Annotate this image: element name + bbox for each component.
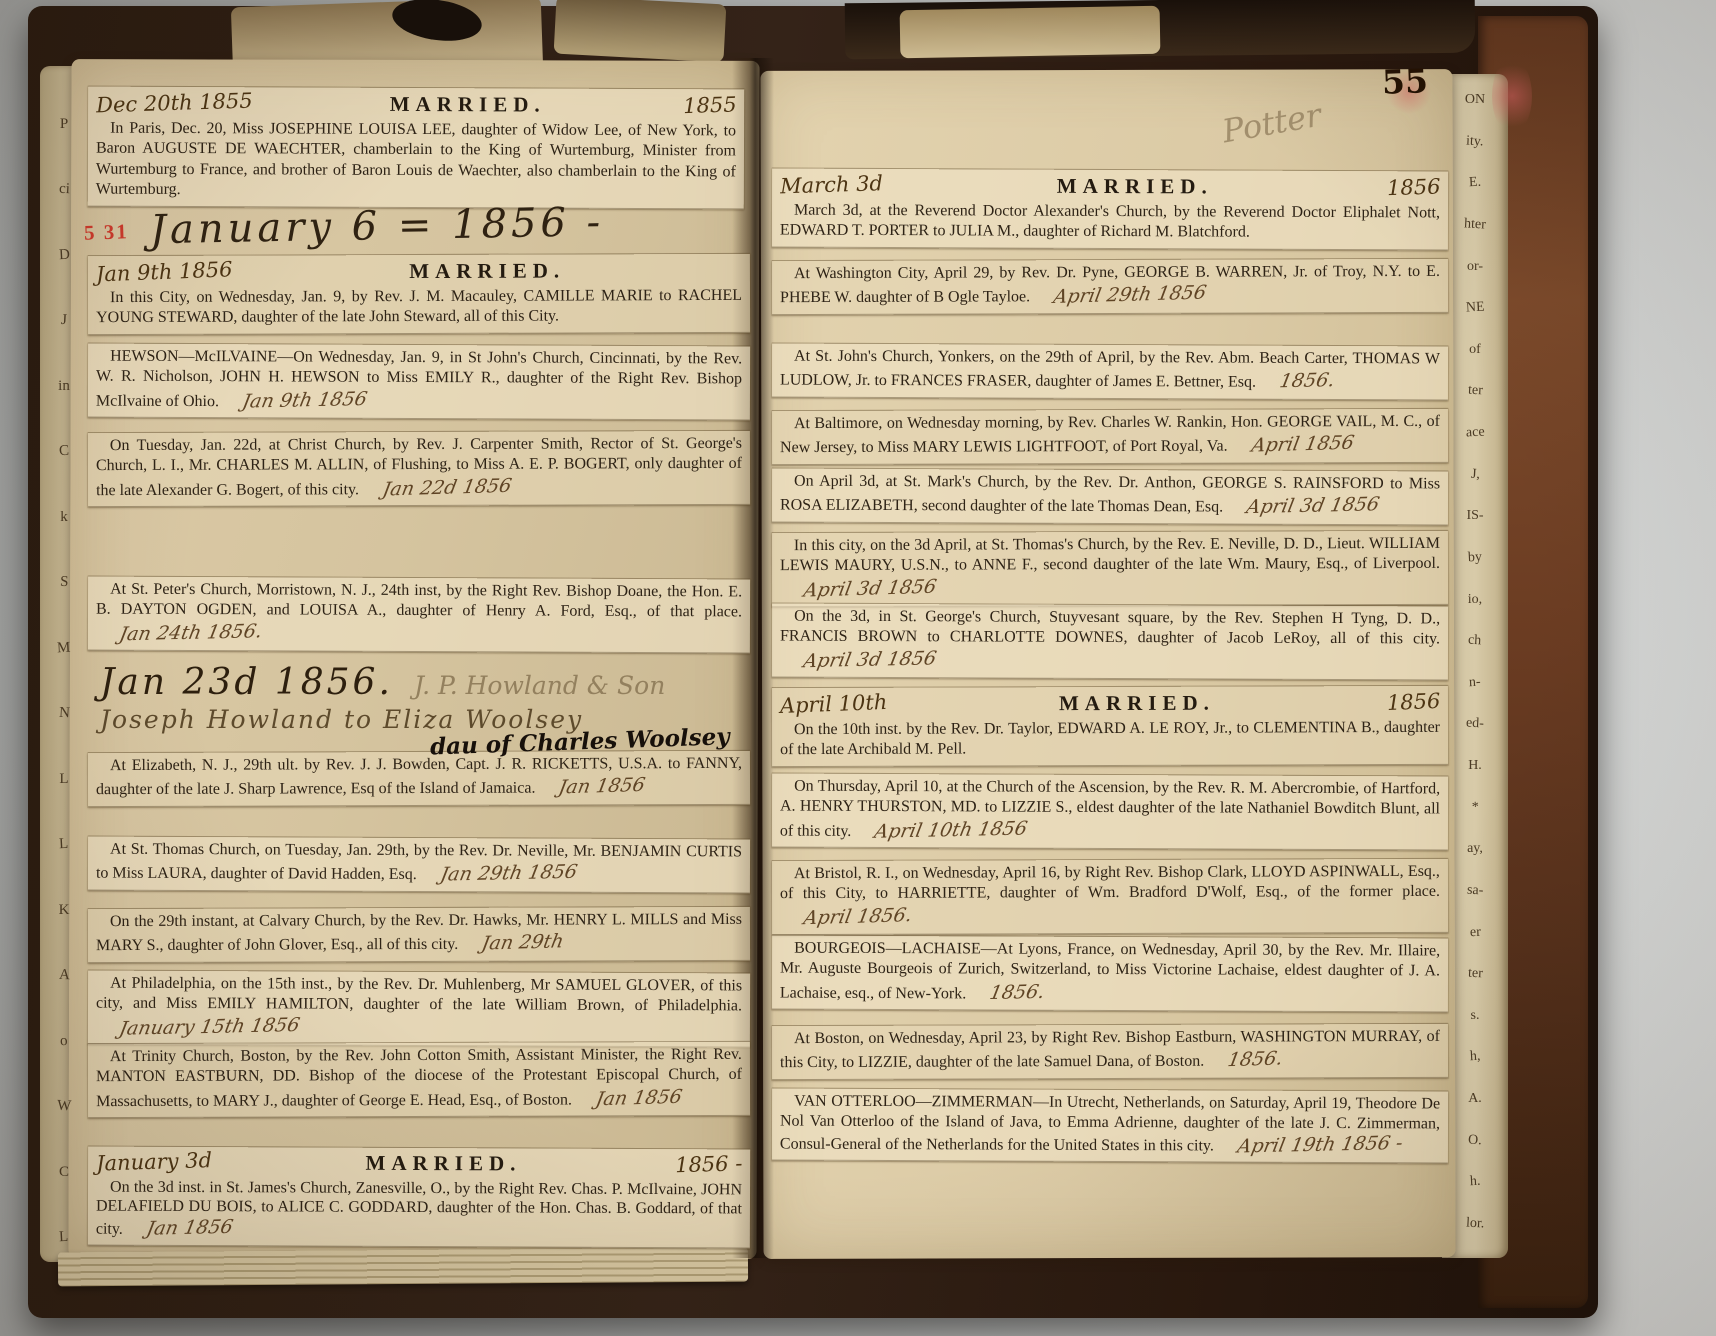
clipping-text: At Boston, on Wednesday, April 23, by Ri…: [780, 1027, 1440, 1074]
married-headline: MARRIED.: [232, 257, 741, 286]
handwritten-date-inline: Jan 1856: [580, 1085, 685, 1112]
handwritten-date-inline: April 10th 1856: [859, 816, 1030, 844]
edge-text-fragment: M: [57, 639, 71, 657]
handwritten-date: Dec 20th 1855: [96, 88, 253, 120]
newspaper-clipping: BOURGEOIS—LACHAISE—At Lyons, France, on …: [772, 936, 1448, 1013]
married-headline: MARRIED.: [253, 90, 683, 119]
handwritten-date-inline: April 29th 1856: [1037, 281, 1208, 310]
clipping-text: In Paris, Dec. 20, Miss JOSEPHINE LOUISA…: [96, 118, 736, 203]
handwritten-date-inline: April 19th 1856 -: [1221, 1132, 1405, 1159]
newspaper-clipping: January 3d MARRIED. 1856 - On the 3d ins…: [88, 1147, 750, 1249]
newspaper-clipping: At St. John's Church, Yonkers, on the 29…: [772, 344, 1448, 401]
married-headline: MARRIED.: [883, 172, 1387, 201]
handwritten-howland-entry: Jan 23d 1856. J. P. Howland & Son Joseph…: [100, 662, 748, 755]
edge-text-fragment: H.: [1468, 758, 1482, 774]
edge-text-fragment: W: [56, 1098, 71, 1116]
clipping-body-text: At St. Thomas Church, on Tuesday, Jan. 2…: [96, 841, 742, 884]
edge-text-fragment: IS-: [1466, 508, 1483, 524]
edge-text-fragment: J: [61, 312, 68, 329]
edge-text-fragment: k: [60, 509, 68, 526]
edge-text-fragment: ay,: [1467, 841, 1483, 857]
clipping-text: On the 3d inst. in St. James's Church, Z…: [96, 1177, 742, 1242]
clipping-header: Jan 9th 1856 MARRIED.: [96, 257, 742, 286]
newspaper-clipping: On the 29th instant, at Calvary Church, …: [88, 907, 750, 963]
clipping-header: Dec 20th 1855 MARRIED. 1855: [96, 90, 736, 120]
clipping-text: On the 29th instant, at Calvary Church, …: [96, 910, 742, 957]
handwritten-date-inline: 1856.: [974, 980, 1047, 1006]
edge-text-fragment: O.: [1468, 1132, 1482, 1149]
edge-text-fragment: L: [59, 1229, 69, 1246]
clipping-text: At Bristol, R. I., on Wednesday, April 1…: [780, 862, 1440, 930]
torn-paper-edge: [900, 6, 1161, 59]
clipping-text: At Philadelphia, on the 15th inst., by t…: [96, 974, 742, 1042]
edge-text-fragment: er: [1469, 924, 1481, 941]
newspaper-clipping: On Tuesday, Jan. 22d, at Christ Church, …: [88, 431, 750, 508]
handwritten-date-inline: Jan 1856: [130, 1216, 235, 1241]
clipping-body-text: On the 29th instant, at Calvary Church, …: [96, 911, 742, 955]
clipping-text: HEWSON—McILVAINE—On Wednesday, Jan. 9, i…: [96, 347, 742, 415]
edge-text-fragment: s.: [1471, 1008, 1480, 1024]
clipping-body-text: At St. John's Church, Yonkers, on the 29…: [780, 348, 1440, 391]
edge-text-fragment: by: [1468, 550, 1483, 567]
newspaper-clipping: HEWSON—McILVAINE—On Wednesday, Jan. 9, i…: [88, 344, 750, 421]
edge-text-fragment: ter: [1467, 966, 1483, 983]
handwritten-year: 1856: [1386, 174, 1440, 202]
handwritten-date: April 10th: [779, 689, 887, 720]
newspaper-clipping: March 3d MARRIED. 1856 March 3d, at the …: [772, 169, 1448, 251]
clipping-body-text: At Philadelphia, on the 15th inst., by t…: [96, 975, 742, 1015]
edge-text-fragment: ace: [1465, 425, 1484, 442]
newspaper-clipping: At Bristol, R. I., on Wednesday, April 1…: [772, 859, 1448, 936]
edge-text-fragment: A: [58, 967, 70, 985]
edge-text-fragment: P: [60, 116, 68, 133]
clipping-body-text: In Paris, Dec. 20, Miss JOSEPHINE LOUISA…: [96, 120, 736, 199]
red-index-mark: 5 31: [84, 219, 130, 246]
newspaper-clipping: On the 3d, in St. George's Church, Stuyv…: [772, 604, 1448, 681]
edge-text-fragment: ch: [1468, 633, 1482, 650]
married-headline: MARRIED.: [212, 1150, 675, 1178]
handwritten-date: January 3d: [96, 1148, 213, 1177]
clipping-body-text: In this City, on Wednesday, Jan. 9, by R…: [96, 287, 742, 327]
scrapbook-scan: P ci D J in C k S M N L L K A o W C L ON…: [0, 0, 1716, 1336]
handwritten-year: 1856 -: [675, 1151, 743, 1179]
handwritten-date: March 3d: [780, 170, 884, 200]
edge-text-fragment: sa-: [1466, 882, 1483, 899]
handwritten-date-inline: 1856.: [1212, 1047, 1285, 1073]
handwritten-date-inline: January 15th 1856: [103, 1013, 302, 1041]
handwritten-entry-date: Jan 23d 1856.: [100, 662, 393, 703]
edge-text-fragment: C: [59, 1164, 69, 1181]
clipping-body-text: BOURGEOIS—LACHAISE—At Lyons, France, on …: [780, 940, 1440, 1003]
edge-text-fragment: L: [59, 771, 68, 788]
newspaper-clipping: At Baltimore, on Wednesday morning, by R…: [772, 409, 1448, 465]
edge-text-fragment: lor.: [1465, 1215, 1484, 1232]
clipping-body-text: March 3d, at the Reverend Doctor Alexand…: [780, 201, 1440, 240]
handwritten-date-inline: Jan 24th 1856.: [103, 619, 264, 647]
newspaper-clipping: At Trinity Church, Boston, by the Rev. J…: [88, 1042, 750, 1119]
edge-text-fragment: A.: [1468, 1091, 1482, 1107]
edge-text-fragment: E.: [1469, 175, 1482, 192]
newspaper-clipping: On Thursday, April 10, at the Church of …: [772, 774, 1448, 851]
clipping-text: At Washington City, April 29, by Rev. Dr…: [780, 262, 1440, 309]
edge-text-fragment: ed-: [1466, 716, 1485, 733]
edge-text-fragment: ON: [1465, 92, 1485, 108]
edge-text-fragment: L: [59, 836, 69, 853]
red-ink-smudge: [1492, 58, 1532, 134]
clipping-text: On the 10th inst. by the Rev. Dr. Taylor…: [780, 718, 1440, 761]
edge-text-fragment: ci: [58, 181, 70, 199]
handwritten-year: 1855: [682, 91, 736, 119]
right-page-clippings: March 3d MARRIED. 1856 March 3d, at the …: [772, 95, 1448, 1255]
newspaper-clipping: At St. Thomas Church, on Tuesday, Jan. 2…: [88, 837, 750, 894]
clipping-text: BOURGEOIS—LACHAISE—At Lyons, France, on …: [780, 939, 1440, 1007]
edge-text-fragment: C: [59, 443, 70, 461]
clipping-text: On April 3d, at St. Mark's Church, by th…: [780, 472, 1440, 520]
edge-text-fragment: S: [59, 574, 68, 591]
newspaper-clipping: In this city, on the 3d April, at St. Th…: [772, 531, 1448, 608]
edge-text-fragment: ter: [1467, 383, 1483, 400]
clipping-body-text: On the 10th inst. by the Rev. Dr. Taylor…: [780, 719, 1440, 759]
edge-text-fragment: o: [60, 1032, 68, 1049]
edge-text-fragment: J,: [1470, 466, 1480, 482]
newspaper-clipping: On April 3d, at St. Mark's Church, by th…: [772, 469, 1448, 526]
clipping-text: March 3d, at the Reverend Doctor Alexand…: [780, 200, 1440, 244]
edge-text-fragment: or-: [1467, 259, 1483, 275]
edge-text-fragment: n-: [1469, 674, 1481, 691]
edge-text-fragment: NE: [1465, 300, 1484, 317]
clipping-text: At St. John's Church, Yonkers, on the 29…: [780, 347, 1440, 395]
newspaper-clipping: April 10th MARRIED. 1856 On the 10th ins…: [772, 686, 1448, 767]
handwritten-date-inline: Jan 9th 1856: [226, 387, 369, 414]
clipping-header: January 3d MARRIED. 1856 -: [96, 1150, 742, 1178]
newspaper-clipping: At Elizabeth, N. J., 29th ult. by Rev. J…: [88, 751, 750, 807]
handwritten-date-inline: 1856.: [1264, 369, 1337, 395]
edge-text-fragment: hter: [1464, 216, 1487, 233]
edge-text-fragment: K: [59, 902, 70, 919]
clipping-text: At Trinity Church, Boston, by the Rev. J…: [96, 1045, 742, 1113]
edge-text-fragment: io,: [1468, 592, 1482, 608]
newspaper-clipping: At Washington City, April 29, by Rev. Dr…: [772, 259, 1448, 315]
left-edge-fragments: P ci D J in C k S M N L L K A o W C L: [46, 116, 82, 1246]
handwritten-entry-faint: J. P. Howland & Son: [414, 671, 665, 700]
handwritten-date-inline: Jan 22d 1856: [366, 474, 513, 503]
newspaper-clipping: Dec 20th 1855 MARRIED. 1855 In Paris, De…: [88, 87, 745, 210]
edge-text-fragment: *: [1471, 799, 1479, 815]
handwritten-date-inline: Jan 29th 1856: [424, 860, 579, 888]
clipping-body-text: HEWSON—McILVAINE—On Wednesday, Jan. 9, i…: [96, 348, 742, 410]
newspaper-clipping: At Boston, on Wednesday, April 23, by Ri…: [772, 1024, 1448, 1080]
torn-paper-edge: [554, 0, 727, 62]
page-number: 55: [1381, 61, 1428, 102]
handwritten-date-inline: April 3d 1856: [787, 646, 938, 673]
edge-text-fragment: ity.: [1466, 133, 1484, 150]
clipping-text: In this city, on the 3d April, at St. Th…: [780, 534, 1440, 602]
clipping-text: In this City, on Wednesday, Jan. 9, by R…: [96, 286, 742, 329]
handwritten-year: 1856: [1386, 688, 1440, 717]
clipping-text: At St. Thomas Church, on Tuesday, Jan. 2…: [96, 840, 742, 888]
clipping-body-text: In this city, on the 3d April, at St. Th…: [780, 535, 1440, 575]
clipping-body-text: At St. Peter's Church, Morristown, N. J.…: [96, 581, 742, 621]
clipping-text: On Thursday, April 10, at the Church of …: [780, 777, 1440, 845]
right-edge-fragments: ON ity. E. hter or- NE of ter ace J, IS-…: [1450, 92, 1500, 1232]
edge-text-fragment: N: [58, 705, 70, 723]
clipping-body-text: On the 3d, in St. George's Church, Stuyv…: [780, 608, 1440, 648]
handwritten-date-inline: April 3d 1856: [787, 575, 938, 604]
handwritten-date: Jan 9th 1856: [95, 256, 233, 288]
handwritten-date-inline: April 3d 1856: [1230, 493, 1381, 520]
clipping-text: On Tuesday, Jan. 22d, at Christ Church, …: [96, 434, 742, 502]
clipping-body-text: At Boston, on Wednesday, April 23, by Ri…: [780, 1028, 1440, 1072]
married-headline: MARRIED.: [887, 689, 1386, 718]
edge-text-fragment: h.: [1469, 1174, 1480, 1191]
edge-text-fragment: in: [58, 378, 70, 395]
clipping-header: March 3d MARRIED. 1856: [780, 172, 1440, 202]
clipping-text: At Elizabeth, N. J., 29th ult. by Rev. J…: [96, 754, 742, 801]
newspaper-clipping: At St. Peter's Church, Morristown, N. J.…: [88, 577, 750, 654]
handwritten-date-inline: April 1856: [1235, 431, 1356, 459]
clipping-text: On the 3d, in St. George's Church, Stuyv…: [780, 607, 1440, 675]
newspaper-clipping: VAN OTTERLOO—ZIMMERMAN—In Utrecht, Nethe…: [772, 1089, 1448, 1164]
clipping-body-text: At Bristol, R. I., on Wednesday, April 1…: [780, 863, 1440, 903]
handwritten-date-inline: Jan 1856: [543, 773, 648, 800]
clipping-header: April 10th MARRIED. 1856: [780, 689, 1440, 718]
clipping-text: VAN OTTERLOO—ZIMMERMAN—In Utrecht, Nethe…: [780, 1092, 1440, 1158]
clipping-text: At St. Peter's Church, Morristown, N. J.…: [96, 580, 742, 648]
handwritten-date-inline: Jan 29th: [466, 930, 566, 957]
newspaper-clipping: At Philadelphia, on the 15th inst., by t…: [88, 971, 750, 1048]
clipping-text: At Baltimore, on Wednesday morning, by R…: [780, 412, 1440, 459]
edge-text-fragment: D: [58, 247, 70, 265]
edge-text-fragment: h,: [1469, 1049, 1480, 1066]
newspaper-clipping: Jan 9th 1856 MARRIED. In this City, on W…: [88, 254, 750, 335]
edge-text-fragment: of: [1469, 342, 1481, 358]
handwritten-date-inline: April 1856.: [788, 903, 915, 931]
